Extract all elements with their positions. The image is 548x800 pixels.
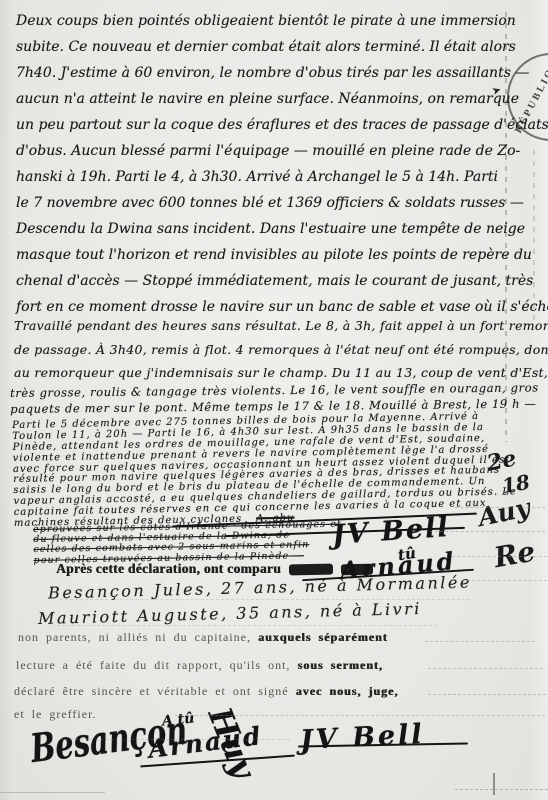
oath-line-3-bold: avec nous, juge, (296, 684, 399, 698)
register-tick-mark (493, 773, 495, 795)
form-rule (52, 625, 437, 626)
manuscript-line: le 7 novembre avec 600 tonnes blé et 136… (16, 195, 548, 221)
form-rule (452, 556, 547, 557)
form-rule (60, 739, 290, 740)
form-rule (428, 668, 543, 669)
manuscript-paragraph-4: Parti le 5 décembre avec 275 tonnes bill… (12, 410, 517, 529)
oath-line-2-faded: lecture a été faite du dit rapport, qu'i… (16, 658, 290, 672)
oath-line-2: lecture a été faite du dit rapport, qu'i… (16, 658, 383, 673)
witness-line-2: Mauriott Auguste, 35 ans, né à Livri (38, 599, 422, 628)
manuscript-paragraph-2: Travaillé pendant des heures sans résult… (14, 318, 548, 389)
form-rule (175, 715, 545, 716)
form-rule (60, 599, 470, 600)
manuscript-line: Travaillé pendant des heures sans résult… (14, 318, 548, 342)
form-rule (455, 789, 548, 790)
redacted-word-blob (289, 564, 333, 576)
manuscript-line: Deux coups bien pointés obligeaient bien… (16, 13, 548, 39)
oath-line-3: déclaré être sincère et véritable et ont… (14, 684, 398, 699)
scanned-sea-report-page: RÉPUBLIQUE ➤ Deux coups bien pointés obl… (0, 0, 548, 800)
manuscript-line: d'obus. Aucun blessé parmi l'équipage — … (16, 143, 548, 169)
oath-line-1-faded: non parents, ni alliés ni du capitaine, (18, 630, 251, 644)
declaration-text: Après cette déclaration, ont comparu (56, 561, 281, 576)
oath-line-1: non parents, ni alliés ni du capitaine, … (18, 630, 388, 645)
margin-note-line: Re (491, 535, 537, 575)
manuscript-line: chenal d'accès — Stoppé immédiatement, m… (16, 273, 548, 299)
form-rule (425, 641, 535, 642)
signature-paraph-bottom: A tû (161, 710, 195, 729)
manuscript-line: de passage. À 3h40, remis à flot. 4 remo… (14, 342, 548, 366)
oath-line-1-bold: auxquels séparément (258, 630, 388, 644)
scan-edge-shadow (0, 792, 105, 793)
manuscript-line: Descendu la Dwina sans incident. Dans l'… (16, 221, 548, 247)
form-rule (462, 580, 547, 581)
manuscript-line: aucun n'a atteint le navire en pleine su… (16, 91, 548, 117)
oath-line-3-faded: déclaré être sincère et véritable et ont… (14, 684, 289, 698)
manuscript-paragraph-1: Deux coups bien pointés obligeaient bien… (16, 13, 548, 325)
manuscript-line: masque tout l'horizon et rend invisibles… (16, 247, 548, 273)
oath-line-2-bold: sous serment, (297, 658, 382, 672)
form-rule (428, 694, 546, 695)
form-rule (430, 531, 545, 532)
signature-bell-bottom: JV Bell (299, 719, 425, 756)
manuscript-line: subite. Ce nouveau et dernier combat éta… (16, 39, 548, 65)
manuscript-line: un peu partout sur la coque des éraflure… (16, 117, 548, 143)
declaration-printed-line: Après cette déclaration, ont comparu (56, 561, 373, 577)
form-rule (455, 507, 545, 508)
manuscript-line: 7h40. J'estime à 60 environ, le nombre d… (16, 65, 548, 91)
manuscript-line: hanski à 19h. Parti le 4, à 3h30. Arrivé… (16, 169, 548, 195)
